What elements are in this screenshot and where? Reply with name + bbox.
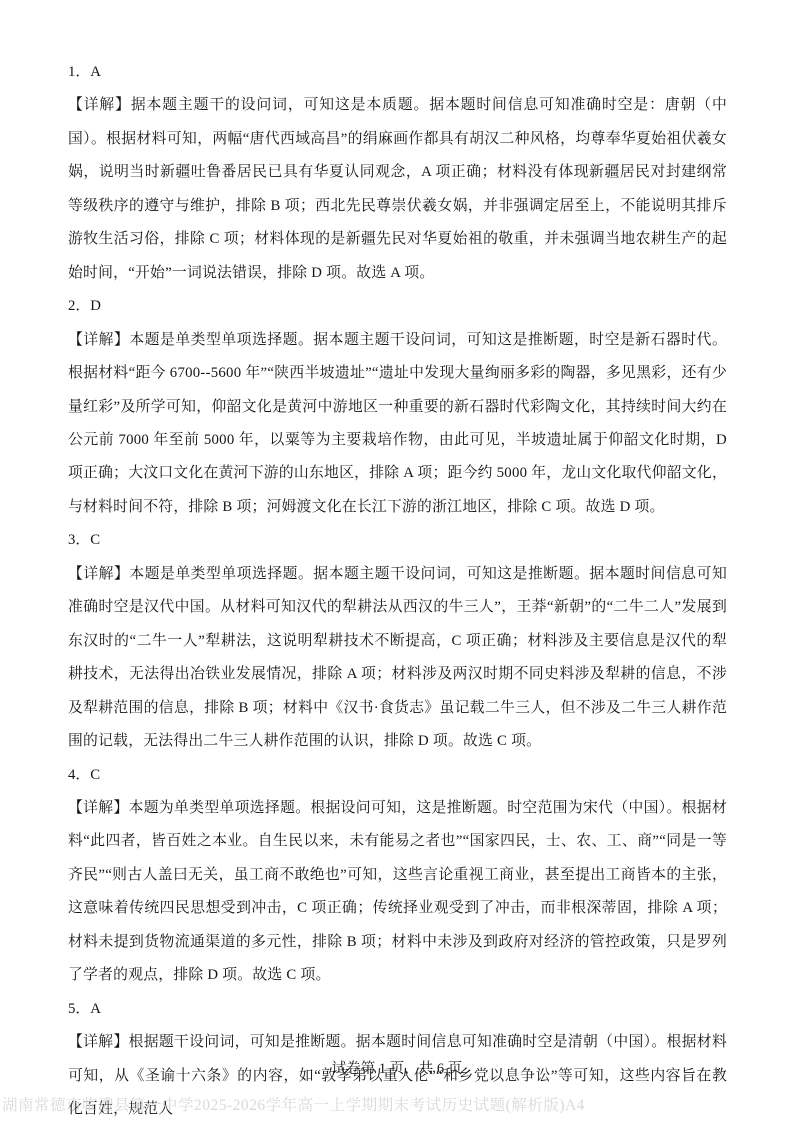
answer-number: 5．A [68,993,727,1026]
answer-number: 4．C [68,759,727,792]
answer-explanation: 【详解】本题是单类型单项选择题。据本题主题干设问词，可知这是推断题，时空是新石器… [68,324,727,525]
answer-number: 3．C [68,524,727,557]
answer-item: 1．A 【详解】据本题主题干的设问词，可知这是本质题。据本题时间信息可知准确时空… [68,56,727,290]
answer-number: 2．D [68,290,727,323]
document-watermark: 湖南常德市临澧县第一中学2025-2026学年高一上学期期末考试历史试题(解析版… [2,1096,585,1116]
page-footer: 试卷第 1 页，共 6 页 [0,1058,794,1080]
answer-explanation: 【详解】据本题主题干的设问词，可知这是本质题。据本题时间信息可知准确时空是：唐朝… [68,89,727,290]
answer-explanation: 【详解】本题为单类型单项选择题。根据设问可知，这是推断题。时空范围为宋代（中国）… [68,792,727,993]
answer-item: 3．C 【详解】本题是单类型单项选择题。据本题主题干设问词，可知这是推断题。据本… [68,524,727,758]
answer-item: 2．D 【详解】本题是单类型单项选择题。据本题主题干设问词，可知这是推断题，时空… [68,290,727,524]
page-number-text: 试卷第 1 页，共 6 页 [332,1061,463,1077]
answer-explanation: 【详解】本题是单类型单项选择题。据本题主题干设问词，可知这是推断题。据本题时间信… [68,558,727,759]
answer-number: 1．A [68,56,727,89]
answer-item: 4．C 【详解】本题为单类型单项选择题。根据设问可知，这是推断题。时空范围为宋代… [68,759,727,993]
answer-explanations: 1．A 【详解】据本题主题干的设问词，可知这是本质题。据本题时间信息可知准确时空… [68,56,727,1123]
document-page: 1．A 【详解】据本题主题干的设问词，可知这是本质题。据本题时间信息可知准确时空… [0,0,794,1123]
